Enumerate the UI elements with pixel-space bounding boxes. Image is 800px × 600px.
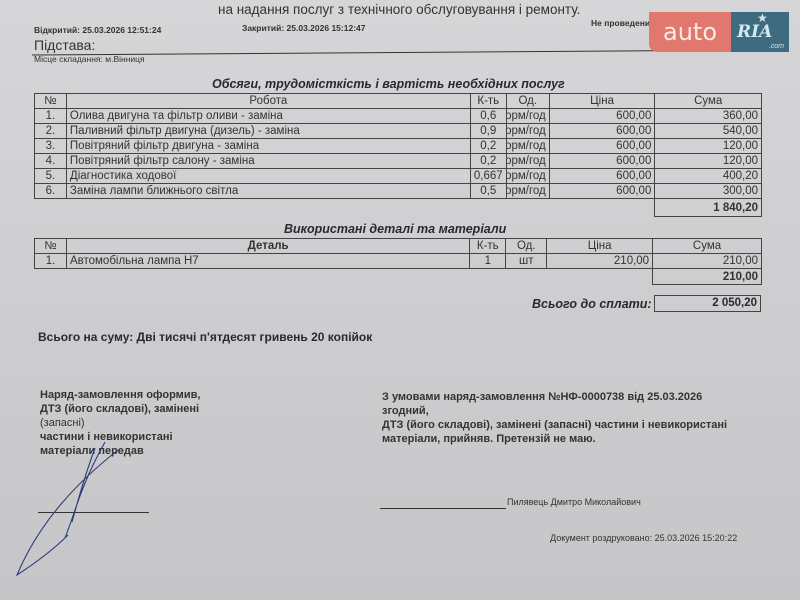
parts-table: № Деталь К-ть Од. Ціна Сума 1.Автомобіль…: [34, 238, 762, 285]
receiver-line: матеріали, прийняв. Претензій не маю.: [382, 432, 727, 446]
services-total: 1 840,20: [655, 199, 762, 217]
col-sum: Сума: [653, 239, 762, 254]
receiver-name: Пилявець Дмитро Миколайович: [507, 497, 641, 507]
row-number: 2.: [35, 124, 67, 139]
row-qty: 0,9: [470, 124, 506, 139]
receiver-line: згодний,: [382, 404, 727, 418]
row-unit: норм/год: [506, 139, 549, 154]
issuer-line: Наряд-замовлення оформив,: [40, 388, 200, 402]
col-work: Робота: [66, 94, 470, 109]
basis-label: Підстава:: [34, 37, 95, 53]
document-title-line: на надання послуг з технічного обслугову…: [218, 2, 580, 17]
receiver-statement: З умовами наряд-замовлення №НФ-0000738 в…: [382, 390, 727, 446]
opened-label: Відкритий:: [34, 25, 80, 35]
parts-header-row: № Деталь К-ть Од. Ціна Сума: [35, 239, 762, 254]
row-sum: 120,00: [655, 139, 762, 154]
row-qty: 0,2: [470, 139, 506, 154]
table-row: 4.Повітряний фільтр салону - заміна0,2но…: [35, 154, 762, 169]
services-section-title: Обсяги, трудомісткість і вартість необхі…: [212, 77, 565, 91]
table-row: 3.Повітряний фільтр двигуна - заміна0,2н…: [35, 139, 762, 154]
logo-auto-text: auto: [649, 12, 731, 52]
row-sum: 120,00: [655, 154, 762, 169]
row-sum: 210,00: [653, 254, 762, 269]
row-unit: норм/год: [506, 109, 549, 124]
autoria-logo: auto ★ RIA .com: [649, 12, 789, 52]
services-header-row: № Робота К-ть Од. Ціна Сума: [35, 94, 762, 109]
row-unit: норм/год: [506, 124, 549, 139]
row-price: 600,00: [549, 139, 655, 154]
row-number: 6.: [35, 184, 67, 199]
logo-ria-text: RIA: [737, 22, 772, 42]
document-page: на надання послуг з технічного обслугову…: [0, 0, 800, 600]
table-row: 5.Діагностика ходової0,667норм/год600,00…: [35, 169, 762, 184]
place-of-compilation: Місце складання: м.Вінниця: [34, 54, 145, 64]
issuer-line: ДТЗ (його складові), замінені: [40, 402, 200, 416]
row-name: Діагностика ходової: [66, 169, 470, 184]
table-row: 1.Олива двигуна та фільтр оливи - заміна…: [35, 109, 762, 124]
parts-total-row: 210,00: [35, 269, 762, 285]
logo-com-text: .com: [769, 43, 784, 50]
services-table: № Робота К-ть Од. Ціна Сума 1.Олива двиг…: [34, 93, 762, 217]
table-row: 6.Заміна лампи ближнього світла0,5норм/г…: [35, 184, 762, 199]
row-name: Заміна лампи ближнього світла: [66, 184, 470, 199]
col-price: Ціна: [549, 94, 655, 109]
col-qty: К-ть: [470, 239, 506, 254]
col-qty: К-ть: [470, 94, 506, 109]
col-number: №: [35, 239, 67, 254]
row-price: 600,00: [549, 154, 655, 169]
row-qty: 0,6: [470, 109, 506, 124]
row-name: Автомобільна лампа H7: [66, 254, 469, 269]
status-badge: Не проведений: [591, 18, 655, 28]
closed-label: Закритий:: [242, 23, 284, 33]
receiver-signature-line: [380, 508, 506, 509]
handwritten-signature: [0, 440, 200, 600]
parts-section-title: Використані деталі та матеріали: [284, 222, 506, 236]
row-qty: 1: [470, 254, 506, 269]
table-row: 1.Автомобільна лампа H71шт210,00210,00: [35, 254, 762, 269]
row-sum: 300,00: [655, 184, 762, 199]
services-total-row: 1 840,20: [35, 199, 762, 217]
row-unit: норм/год: [506, 184, 549, 199]
row-price: 600,00: [549, 109, 655, 124]
receiver-line: ДТЗ (його складові), замінені (запасні) …: [382, 418, 727, 432]
row-name: Повітряний фільтр салону - заміна: [66, 154, 470, 169]
row-unit: норм/год: [506, 169, 549, 184]
col-unit: Од.: [506, 94, 549, 109]
grand-total-label: Всього до сплати:: [532, 297, 652, 311]
row-qty: 0,5: [470, 184, 506, 199]
row-qty: 0,2: [470, 154, 506, 169]
printed-datetime: Документ роздруковано: 25.03.2026 15:20:…: [550, 533, 737, 543]
receiver-line: З умовами наряд-замовлення №НФ-0000738 в…: [382, 390, 727, 404]
row-name: Повітряний фільтр двигуна - заміна: [66, 139, 470, 154]
closed-value: 25.03.2026 15:12:47: [287, 23, 366, 33]
row-number: 4.: [35, 154, 67, 169]
col-part: Деталь: [66, 239, 469, 254]
row-number: 1.: [35, 254, 67, 269]
sum-in-words: Всього на суму: Дві тисячі п'ятдесят гри…: [38, 330, 372, 344]
opened-value: 25.03.2026 12:51:24: [82, 25, 161, 35]
row-price: 600,00: [549, 169, 655, 184]
row-name: Олива двигуна та фільтр оливи - заміна: [66, 109, 470, 124]
opened-datetime: Відкритий: 25.03.2026 12:51:24: [34, 25, 161, 35]
row-sum: 540,00: [655, 124, 762, 139]
row-sum: 400,20: [655, 169, 762, 184]
col-number: №: [35, 94, 67, 109]
row-qty: 0,667: [470, 169, 506, 184]
row-number: 5.: [35, 169, 67, 184]
logo-ria-block: ★ RIA .com: [731, 12, 789, 52]
closed-datetime: Закритий: 25.03.2026 15:12:47: [242, 23, 365, 33]
row-price: 600,00: [549, 184, 655, 199]
table-row: 2.Паливний фільтр двигуна (дизель) - зам…: [35, 124, 762, 139]
row-price: 210,00: [547, 254, 653, 269]
row-price: 600,00: [549, 124, 655, 139]
row-unit: шт: [506, 254, 547, 269]
row-unit: норм/год: [506, 154, 549, 169]
col-unit: Од.: [506, 239, 547, 254]
row-name: Паливний фільтр двигуна (дизель) - замін…: [66, 124, 470, 139]
issuer-line: (запасні): [40, 416, 200, 430]
row-number: 3.: [35, 139, 67, 154]
grand-total-value: 2 050,20: [654, 295, 761, 312]
row-sum: 360,00: [655, 109, 762, 124]
parts-total: 210,00: [653, 269, 762, 285]
col-price: Ціна: [547, 239, 653, 254]
row-number: 1.: [35, 109, 67, 124]
col-sum: Сума: [655, 94, 762, 109]
